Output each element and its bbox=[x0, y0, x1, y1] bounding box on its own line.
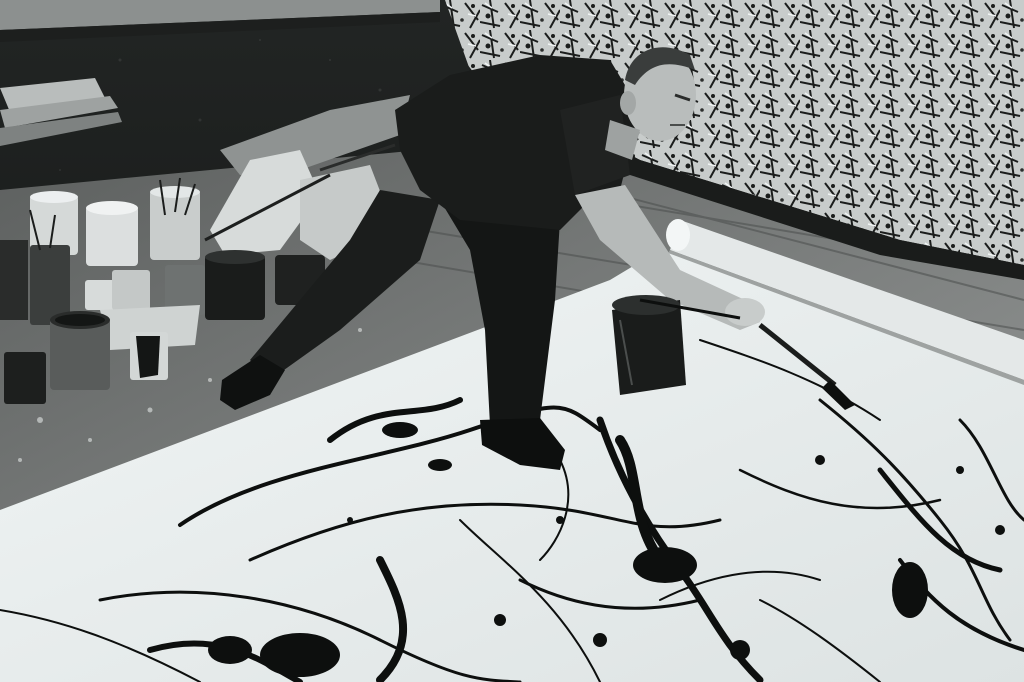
scene bbox=[0, 0, 1024, 682]
photograph: artist drip-painting on a canvas laid on… bbox=[0, 0, 1024, 682]
